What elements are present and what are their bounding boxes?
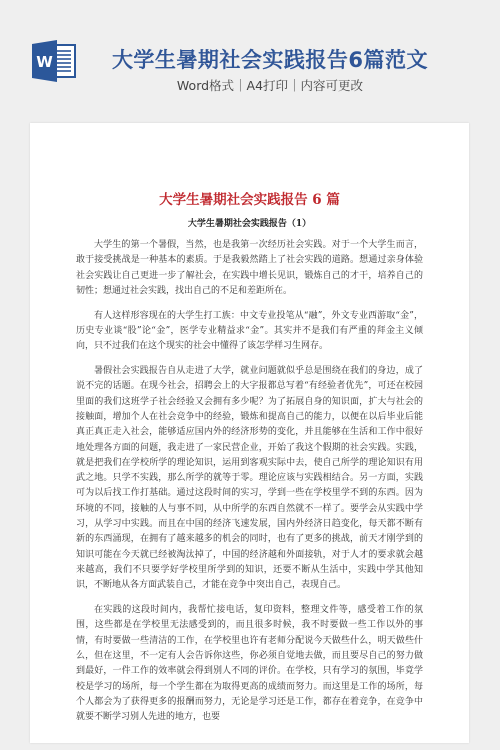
- paragraph: 大学生的第一个暑假，当然，也是我第一次经历社会实践。对于一个大学生而言，敢于接受…: [76, 238, 423, 299]
- document-page-preview: 大学生暑期社会实践报告 6 篇 大学生暑期社会实践报告（1） 大学生的第一个暑假…: [30, 123, 469, 743]
- document-title: 大学生暑期社会实践报告 6 篇: [30, 188, 469, 208]
- paragraph: 暑假社会实践报告自从走进了大学，就业问题就似乎总是围绕在我们的身边，成了说不完的…: [76, 364, 423, 593]
- document-body: 大学生的第一个暑假，当然，也是我第一次经历社会实践。对于一个大学生而言，敢于接受…: [76, 238, 423, 735]
- word-document-icon: W: [31, 40, 77, 82]
- paragraph: 在实践的这段时间内，我帮忙接电话，复印资料，整理文件等，感受着工作的氛围，这些都…: [76, 603, 423, 725]
- paragraph: 有人这样形容现在的大学生打工族：中文专业投笔从“融”，外文专业西游取“金”，历史…: [76, 309, 423, 355]
- section-title: 大学生暑期社会实践报告（1）: [30, 216, 469, 229]
- header-banner: W 大学生暑期社会实践报告6篇范文 Word格式｜A4打印｜内容可更改: [0, 0, 500, 110]
- page-subtitle: Word格式｜A4打印｜内容可更改: [100, 76, 440, 94]
- svg-text:W: W: [36, 53, 53, 71]
- page-title: 大学生暑期社会实践报告6篇范文: [100, 44, 440, 74]
